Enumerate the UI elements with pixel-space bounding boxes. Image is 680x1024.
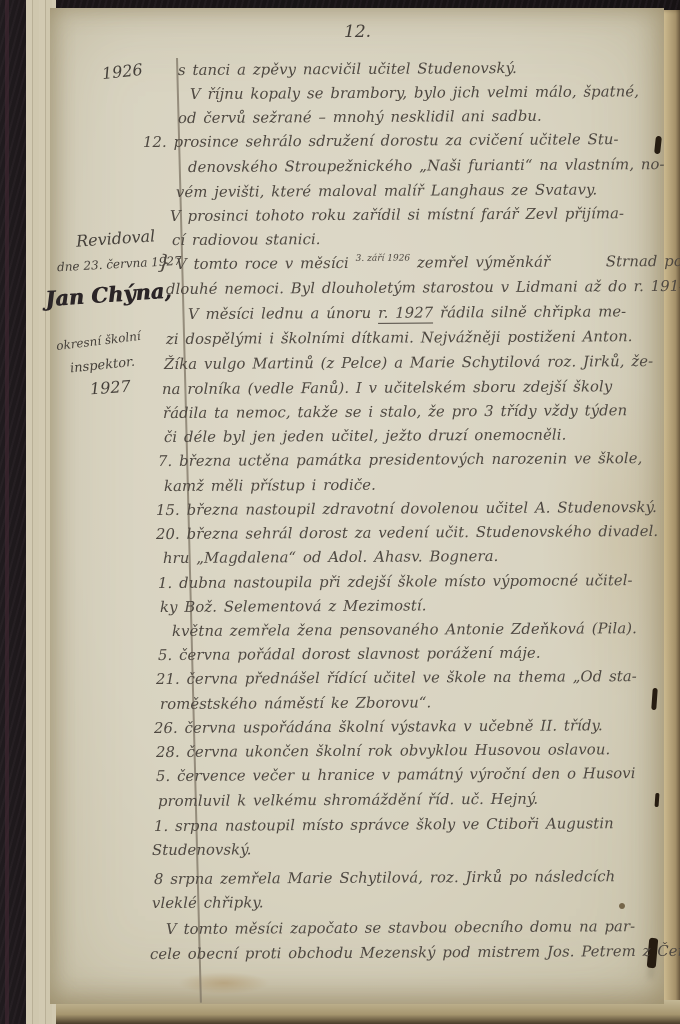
chronicle-line: V říjnu kopaly se brambory, bylo jich ve… [190, 83, 639, 103]
chronicle-line: května zemřela žena pensovaného Antonie … [172, 620, 637, 640]
chronicle-line: V měsíci lednu a únoru r. 1927 řádila si… [188, 303, 626, 323]
chronicle-line: vleklé chřipky. [152, 894, 264, 912]
interline-insertion: 3. září 1926 [356, 254, 411, 264]
chronicle-line: 21. června přednášel řídící učitel ve šk… [156, 668, 637, 688]
chronicle-line: 5. června pořádal dorost slavnost poráže… [158, 645, 541, 664]
chronicle-line: V prosinci tohoto roku zařídil si místní… [170, 205, 624, 225]
line-text: zemřel výměnkář [417, 254, 550, 272]
chronicle-line: 26. června uspořádána školní výstavka v … [154, 717, 603, 737]
chronicle-line: 12. prosince sehrálo sdružení dorostu za… [143, 131, 619, 151]
revision-note-title2: inspektor. [69, 355, 135, 377]
chronicle-line: vém jevišti, které maloval malíř Langhau… [176, 181, 597, 201]
chronicle-line: 7. března uctěna památka presidentových … [158, 450, 642, 470]
chronicle-line: dlouhé nemoci. Byl dlouholetým starostou… [166, 278, 680, 298]
chronicle-line: Žíka vulgo Martinů (z Pelce) a Marie Sch… [164, 353, 653, 373]
handwriting-layer: 12. 1926 Revidoval dne 23. června 1927 J… [0, 0, 680, 1024]
chronicle-line: denovského Stroupežnického „Naši furiant… [188, 156, 665, 176]
chronicle-line: 1. dubna nastoupila při zdejší škole mís… [158, 572, 633, 592]
chronicle-line: zi dospělými i školními dítkami. Nejvážn… [166, 328, 633, 348]
chronicle-line: ky Bož. Selementová z Mezimostí. [160, 597, 427, 616]
inspector-signature: Jan Chýna, [44, 278, 172, 312]
chronicle-photo: 12. 1926 Revidoval dne 23. června 1927 J… [0, 0, 680, 1024]
chronicle-line: 1. srpna nastoupil místo správce školy v… [154, 815, 614, 835]
revision-note-year: 1927 [89, 377, 131, 399]
chronicle-line: kamž měli přístup i rodiče. [164, 477, 376, 495]
line-text: řádila silně chřipka me- [433, 303, 626, 321]
revision-note-line1: Revidoval [75, 226, 155, 250]
revision-note-title1: okresní školní [55, 329, 141, 353]
chronicle-line: 5. července večer u hranice v památný vý… [156, 765, 636, 785]
margin-brace-mark: } [157, 250, 171, 275]
chronicle-line: Studenovský. [152, 841, 252, 859]
line-text: Strnad po [606, 253, 680, 270]
underlined-year: r. 1927 [378, 305, 433, 324]
chronicle-line: roměstského náměstí ke Zborovu“. [160, 694, 431, 713]
line-text: V tomto roce v měsíci [176, 255, 349, 273]
chronicle-line: 8 srpna zemřela Marie Schytilová, roz. J… [154, 868, 615, 888]
chronicle-line: na rolníka (vedle Fanů). I v učitelském … [162, 378, 612, 398]
chronicle-line: promluvil k velkému shromáždění říd. uč.… [158, 791, 538, 810]
chronicle-line: 15. března nastoupil zdravotní dovolenou… [156, 499, 657, 519]
chronicle-line: cí radiovou stanici. [172, 231, 321, 249]
chronicle-line: cele obecní proti obchodu Mezenský pod m… [150, 943, 680, 963]
line-text: V měsíci lednu a únoru [188, 305, 378, 323]
chronicle-line: či déle byl jen jeden učitel, ježto druz… [164, 427, 566, 446]
chronicle-line: hru „Magdalena“ od Adol. Ahasv. Bognera. [163, 548, 499, 567]
chronicle-line: 28. června ukončen školní rok obvyklou H… [156, 741, 610, 761]
margin-year-1926: 1926 [101, 60, 143, 83]
chronicle-line: 20. března sehrál dorost za vedení učit.… [156, 523, 658, 543]
chronicle-line: s tanci a zpěvy nacvičil učitel Studenov… [178, 60, 517, 79]
chronicle-line: V tomto měsíci započato se stavbou obecn… [166, 918, 635, 938]
chronicle-line: řádila ta nemoc, takže se i stalo, že pr… [163, 402, 627, 422]
chronicle-line: od červů sežrané – mnohý nesklidil ani s… [178, 108, 542, 127]
page-number: 12. [344, 22, 371, 42]
chronicle-line: V tomto roce v měsíci 3. září 1926 zemře… [176, 253, 680, 273]
